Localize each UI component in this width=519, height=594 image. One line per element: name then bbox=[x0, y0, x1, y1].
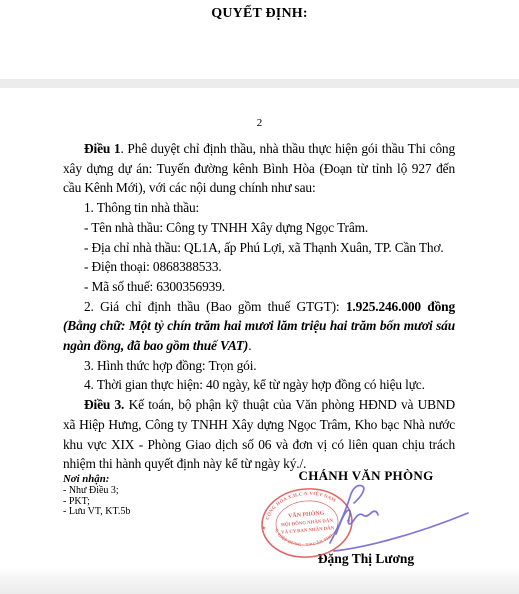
paragraph: - Tên nhà thầu: Công ty TNHH Xây dựng Ng… bbox=[63, 218, 455, 238]
body-paragraphs: Điều 1. Phê duyệt chỉ định thầu, nhà thầ… bbox=[63, 139, 455, 474]
paragraph: 1. Thông tin nhà thầu: bbox=[63, 198, 455, 218]
paragraph: 4. Thời gian thực hiện: 40 ngày, kể từ n… bbox=[63, 375, 455, 395]
page-number: 2 bbox=[0, 117, 519, 129]
stamp-star-left-icon: ★ bbox=[261, 525, 267, 532]
recipients-label: Nơi nhận: bbox=[63, 474, 213, 484]
recipients-block: Nơi nhận: - Như Điều 3; - PKT; - Lưu VT,… bbox=[63, 474, 213, 518]
decision-heading: QUYẾT ĐỊNH: bbox=[0, 6, 519, 22]
paragraph: Điều 3. Kế toán, bộ phận kỹ thuật của Vă… bbox=[63, 395, 455, 474]
paragraph: - Mã số thuế: 6300356939. bbox=[63, 277, 455, 297]
paragraph: Điều 1. Phê duyệt chỉ định thầu, nhà thầ… bbox=[63, 139, 455, 198]
paragraph: - Địa chỉ nhà thầu: QL1A, ấp Phú Lợi, xã… bbox=[63, 238, 455, 258]
recipient-item: - Lưu VT, KT.5b bbox=[63, 507, 213, 517]
document-page: QUYẾT ĐỊNH: 2 Điều 1. Phê duyệt chỉ định… bbox=[0, 0, 519, 594]
paragraph: - Điện thoại: 0868388533. bbox=[63, 257, 455, 277]
page-bottom-shade bbox=[0, 567, 519, 594]
paragraph: 2. Giá chỉ định thầu (Bao gồm thuế GTGT)… bbox=[63, 297, 455, 356]
page-break-separator bbox=[0, 79, 519, 88]
signature-scribble-icon bbox=[300, 478, 485, 558]
paragraph: 3. Hình thức hợp đồng: Trọn gói. bbox=[63, 356, 455, 376]
